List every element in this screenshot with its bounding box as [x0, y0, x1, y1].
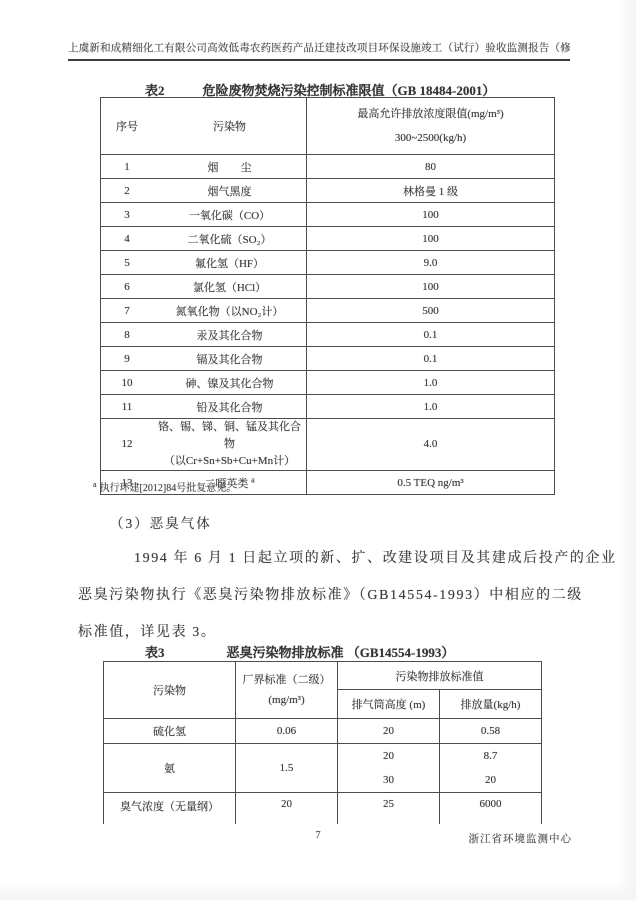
cell-value: 1.0 [307, 395, 555, 419]
table3-caption: 表3恶臭污染物排放标准 （GB14554-1993） [145, 642, 454, 661]
footnote-text: 执行环建[2012]84号批复意见。 [100, 483, 237, 494]
cell-pollutant: 臭气浓度（无量纲） [104, 793, 236, 825]
cell-pollutant-line2: （以Cr+Sn+Sb+Cu+Mn计） [155, 453, 304, 470]
cell-boundary: 0.06 [236, 719, 338, 744]
cell-stack-height: 25 [338, 793, 440, 825]
cell-value: 0.1 [307, 347, 555, 371]
cell-no: 1 [101, 155, 154, 179]
cell-pollutant: 铬、锡、锑、铜、锰及其化合物 （以Cr+Sn+Sb+Cu+Mn计） [153, 419, 307, 471]
cell-pollutant: 氨 [104, 744, 236, 793]
cell-pollutant: 二氧化硫（SO₂） [153, 227, 307, 251]
cell-pollutant: 铅及其化合物 [153, 395, 307, 419]
table2-label: 表2 [145, 83, 165, 98]
table3-header-boundary: 厂界标准（二级） (mg/m³) [236, 662, 338, 719]
table2-footnote: a执行环建[2012]84号批复意见。 [93, 479, 236, 494]
table3-label: 表3 [145, 645, 165, 660]
cell-no: 2 [101, 179, 154, 203]
table-row: 3 一氧化碳（CO） 100 [101, 203, 555, 227]
table2-header-limit-line2: 300~2500(kg/h) [309, 126, 552, 150]
cell-no: 3 [101, 203, 154, 227]
paragraph-line: 恶臭污染物执行《恶臭污染物排放标准》（GB14554-1993）中相应的二级 [78, 577, 572, 614]
table-row: 7 氮氧化物（以NO₂计） 500 [101, 299, 555, 323]
cell-pollutant: 氟化氢（HF） [153, 251, 307, 275]
cell-value: 4.0 [307, 419, 555, 471]
table-row: 1 烟 尘 80 [101, 155, 555, 179]
paragraph-line: 1994 年 6 月 1 日起立项的新、扩、改建设项目及其建成后投产的企业 [78, 540, 572, 577]
table-row: 11 铅及其化合物 1.0 [101, 395, 555, 419]
cell-no: 11 [101, 395, 154, 419]
table-row: 12 铬、锡、锑、铜、锰及其化合物 （以Cr+Sn+Sb+Cu+Mn计） 4.0 [101, 419, 555, 471]
table2-header-pollutant: 污染物 [153, 98, 307, 155]
table2-header-row: 序号 污染物 最高允许排放浓度限值(mg/m³) 300~2500(kg/h) [101, 98, 555, 155]
table-row: 5 氟化氢（HF） 9.0 [101, 251, 555, 275]
table-row: 4 二氧化硫（SO₂） 100 [101, 227, 555, 251]
cell-value: 1.0 [307, 371, 555, 395]
cell-boundary: 1.5 [236, 744, 338, 793]
table3-header-row1: 污染物 厂界标准（二级） (mg/m³) 污染物排放标准值 [104, 662, 542, 690]
cell-emission-rate: 8.7 20 [440, 744, 542, 793]
cell-emission-rate: 0.58 [440, 719, 542, 744]
emission-rate-line1: 8.7 [442, 744, 539, 768]
cell-pollutant: 砷、镍及其化合物 [153, 371, 307, 395]
table2-title: 危险废物焚烧污染控制标准限值（GB 18484-2001） [203, 83, 496, 98]
cell-emission-rate: 6000 [440, 793, 542, 825]
cell-value: 80 [307, 155, 555, 179]
table3-header-emission-group: 污染物排放标准值 [338, 662, 542, 690]
cell-value: 9.0 [307, 251, 555, 275]
cell-no: 8 [101, 323, 154, 347]
cell-value: 100 [307, 227, 555, 251]
table3-header-boundary-line2: (mg/m³) [238, 690, 335, 710]
table3-header-stack-height: 排气筒高度 (m) [338, 690, 440, 719]
table-row: 6 氯化氢（HCl） 100 [101, 275, 555, 299]
table3-header-pollutant: 污染物 [104, 662, 236, 719]
cell-boundary: 20 [236, 793, 338, 825]
cell-pollutant: 一氧化碳（CO） [153, 203, 307, 227]
cell-pollutant: 烟气黑度 [153, 179, 307, 203]
cell-no: 12 [101, 419, 154, 471]
cell-stack-height: 20 [338, 719, 440, 744]
table2-header-limit-line1: 最高允许排放浓度限值(mg/m³) [309, 102, 552, 126]
footnote-marker: a [93, 480, 97, 489]
table-row: 臭气浓度（无量纲） 20 25 6000 [104, 793, 542, 825]
cell-value: 林格曼 1 级 [307, 179, 555, 203]
table-row: 8 汞及其化合物 0.1 [101, 323, 555, 347]
table-row: 2 烟气黑度 林格曼 1 级 [101, 179, 555, 203]
cell-no: 10 [101, 371, 154, 395]
cell-pollutant-line1: 铬、锡、锑、铜、锰及其化合物 [155, 419, 304, 453]
cell-pollutant: 镉及其化合物 [153, 347, 307, 371]
table3-header-boundary-line1: 厂界标准（二级） [238, 670, 335, 690]
cell-no: 5 [101, 251, 154, 275]
cell-pollutant: 硫化氢 [104, 719, 236, 744]
table3-header-emission-rate: 排放量(kg/h) [440, 690, 542, 719]
cell-pollutant: 氯化氢（HCl） [153, 275, 307, 299]
cell-no: 7 [101, 299, 154, 323]
cell-no: 4 [101, 227, 154, 251]
body-paragraph: 1994 年 6 月 1 日起立项的新、扩、改建设项目及其建成后投产的企业 恶臭… [78, 540, 572, 651]
cell-value: 0.5 TEQ ng/m³ [307, 471, 555, 495]
cell-pollutant: 汞及其化合物 [153, 323, 307, 347]
table3-title: 恶臭污染物排放标准 （GB14554-1993） [227, 645, 455, 660]
cell-no: 6 [101, 275, 154, 299]
table2-header-limit: 最高允许排放浓度限值(mg/m³) 300~2500(kg/h) [307, 98, 555, 155]
cell-no: 9 [101, 347, 154, 371]
table3-odor-emission-standard: 污染物 厂界标准（二级） (mg/m³) 污染物排放标准值 排气筒高度 (m) … [103, 661, 542, 824]
stack-height-line1: 20 [340, 744, 437, 768]
table-row: 氨 1.5 20 30 8.7 20 [104, 744, 542, 793]
cell-pollutant: 烟 尘 [153, 155, 307, 179]
table-row: 9 镉及其化合物 0.1 [101, 347, 555, 371]
table-row: 硫化氢 0.06 20 0.58 [104, 719, 542, 744]
table2-header-no: 序号 [101, 98, 154, 155]
section-heading: （3）恶臭气体 [110, 512, 212, 532]
footnote-marker: a [251, 475, 255, 484]
cell-value: 500 [307, 299, 555, 323]
document-page: 上虞新和成精细化工有限公司高效低毒农药医药产品迁建技改项目环保设施竣工（试行）验… [0, 0, 636, 900]
table2-hazardous-waste-incineration-limits: 序号 污染物 最高允许排放浓度限值(mg/m³) 300~2500(kg/h) … [100, 97, 555, 495]
cell-pollutant: 氮氧化物（以NO₂计） [153, 299, 307, 323]
footer-organization: 浙江省环境监测中心 [469, 831, 573, 846]
cell-stack-height: 20 30 [338, 744, 440, 793]
emission-rate-line2: 20 [442, 768, 539, 792]
table-row: 10 砷、镍及其化合物 1.0 [101, 371, 555, 395]
cell-value: 100 [307, 275, 555, 299]
cell-value: 0.1 [307, 323, 555, 347]
stack-height-line2: 30 [340, 768, 437, 792]
document-running-header: 上虞新和成精细化工有限公司高效低毒农药医药产品迁建技改项目环保设施竣工（试行）验… [68, 40, 570, 61]
cell-value: 100 [307, 203, 555, 227]
